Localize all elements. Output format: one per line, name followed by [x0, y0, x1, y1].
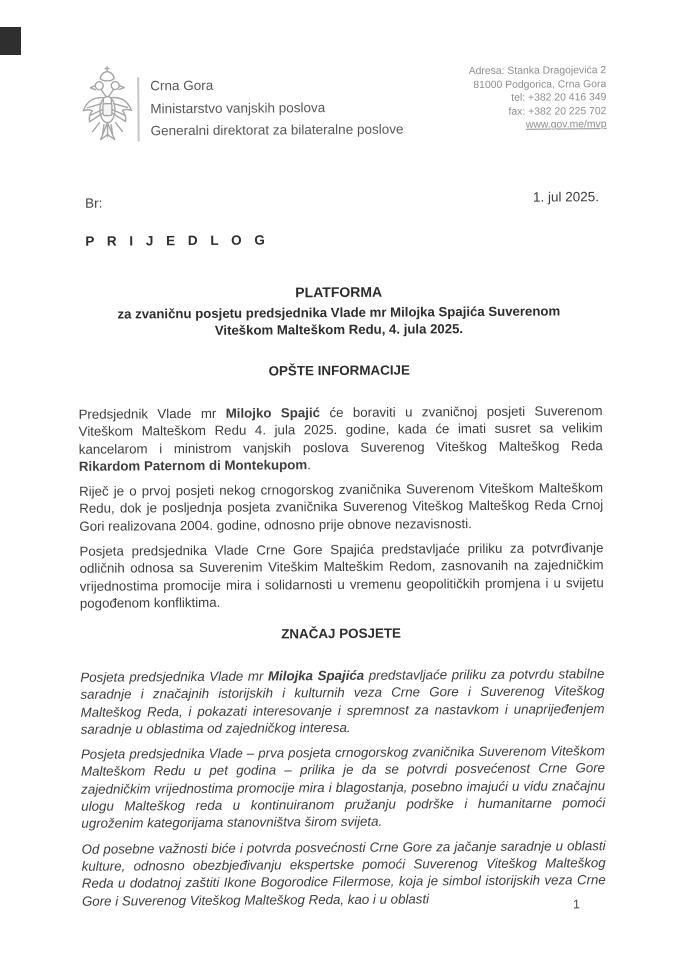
paragraph: Riječ je o prvoj posjeti nekog crnogorsk… — [79, 479, 603, 535]
text-run: Milojka Spajića — [268, 668, 364, 684]
page-number: 1 — [573, 897, 580, 911]
address-line: tel: +382 20 416 349 — [469, 91, 607, 106]
text-run: Rikardom Paternom di Montekupom — [79, 457, 307, 474]
paragraph: Posjeta predsjednika Vlade Crne Gore Spa… — [79, 539, 603, 612]
section-znacaj-posjete: Posjeta predsjednika Vlade mr Milojka Sp… — [80, 665, 606, 918]
document-title: PLATFORMA — [77, 282, 601, 302]
section-heading-opste-informacije: OPŠTE INFORMACIJE — [77, 361, 601, 380]
document-type-label: P R I J E D L O G — [85, 232, 269, 248]
letterhead-divider — [137, 77, 139, 141]
text-run: . — [307, 457, 311, 472]
text-run: Posjeta predsjednika Vlade mr — [80, 669, 268, 685]
text-run: Milojko Spajić — [226, 405, 320, 421]
text-run: Riječ je o prvoj posjeti nekog crnogorsk… — [79, 480, 603, 533]
address-lines: Adresa: Stanka Dragojevića 281000 Podgor… — [469, 64, 607, 119]
text-run: Posjeta predsjednika Vlade – prva posjet… — [81, 743, 605, 831]
text-run: Posjeta predsjednika Vlade Crne Gore Spa… — [79, 540, 603, 611]
document-number-label: Br: — [85, 196, 102, 211]
document-subtitle: za zvaničnu posjetu predsjednika Vlade m… — [93, 302, 585, 339]
section-opste-informacije: Predsjednik Vlade mr Milojko Spajić će b… — [78, 402, 603, 620]
paragraph: Od posebne važnosti biće i potvrda posve… — [82, 837, 606, 910]
montenegro-coat-of-arms-icon — [79, 65, 136, 147]
scan-artifact-mark — [0, 27, 21, 55]
document-date: 1. jul 2025. — [533, 189, 599, 204]
letterhead-text-block: Crna Gora Ministarstvo vanjskih poslova … — [150, 74, 403, 143]
address-block: Adresa: Stanka Dragojevića 281000 Podgor… — [469, 64, 607, 133]
letterhead-country: Crna Gora — [150, 74, 403, 98]
text-run: Predsjednik Vlade mr — [78, 406, 225, 422]
address-line: fax: +382 20 225 702 — [469, 105, 607, 120]
website-link[interactable]: www.gov.me/mvp — [526, 120, 607, 132]
text-run: Od posebne važnosti biće i potvrda posve… — [82, 838, 606, 909]
paragraph: Posjeta predsjednika Vlade – prva posjet… — [81, 742, 606, 832]
letterhead-directorate: Generalni direktorat za bilateralne posl… — [150, 119, 403, 143]
letterhead-ministry: Ministarstvo vanjskih poslova — [150, 96, 403, 120]
document-page: Crna Gora Ministarstvo vanjskih poslova … — [0, 0, 679, 960]
address-line: 81000 Podgorica, Crna Gora — [469, 78, 607, 93]
section-heading-znacaj-posjete: ZNAČAJ POSJETE — [79, 624, 603, 643]
paragraph: Posjeta predsjednika Vlade mr Milojka Sp… — [80, 665, 604, 738]
paragraph: Predsjednik Vlade mr Milojko Spajić će b… — [78, 402, 602, 475]
title-block: PLATFORMA za zvaničnu posjetu predsjedni… — [77, 282, 601, 340]
address-line: Adresa: Stanka Dragojevića 2 — [469, 64, 607, 79]
